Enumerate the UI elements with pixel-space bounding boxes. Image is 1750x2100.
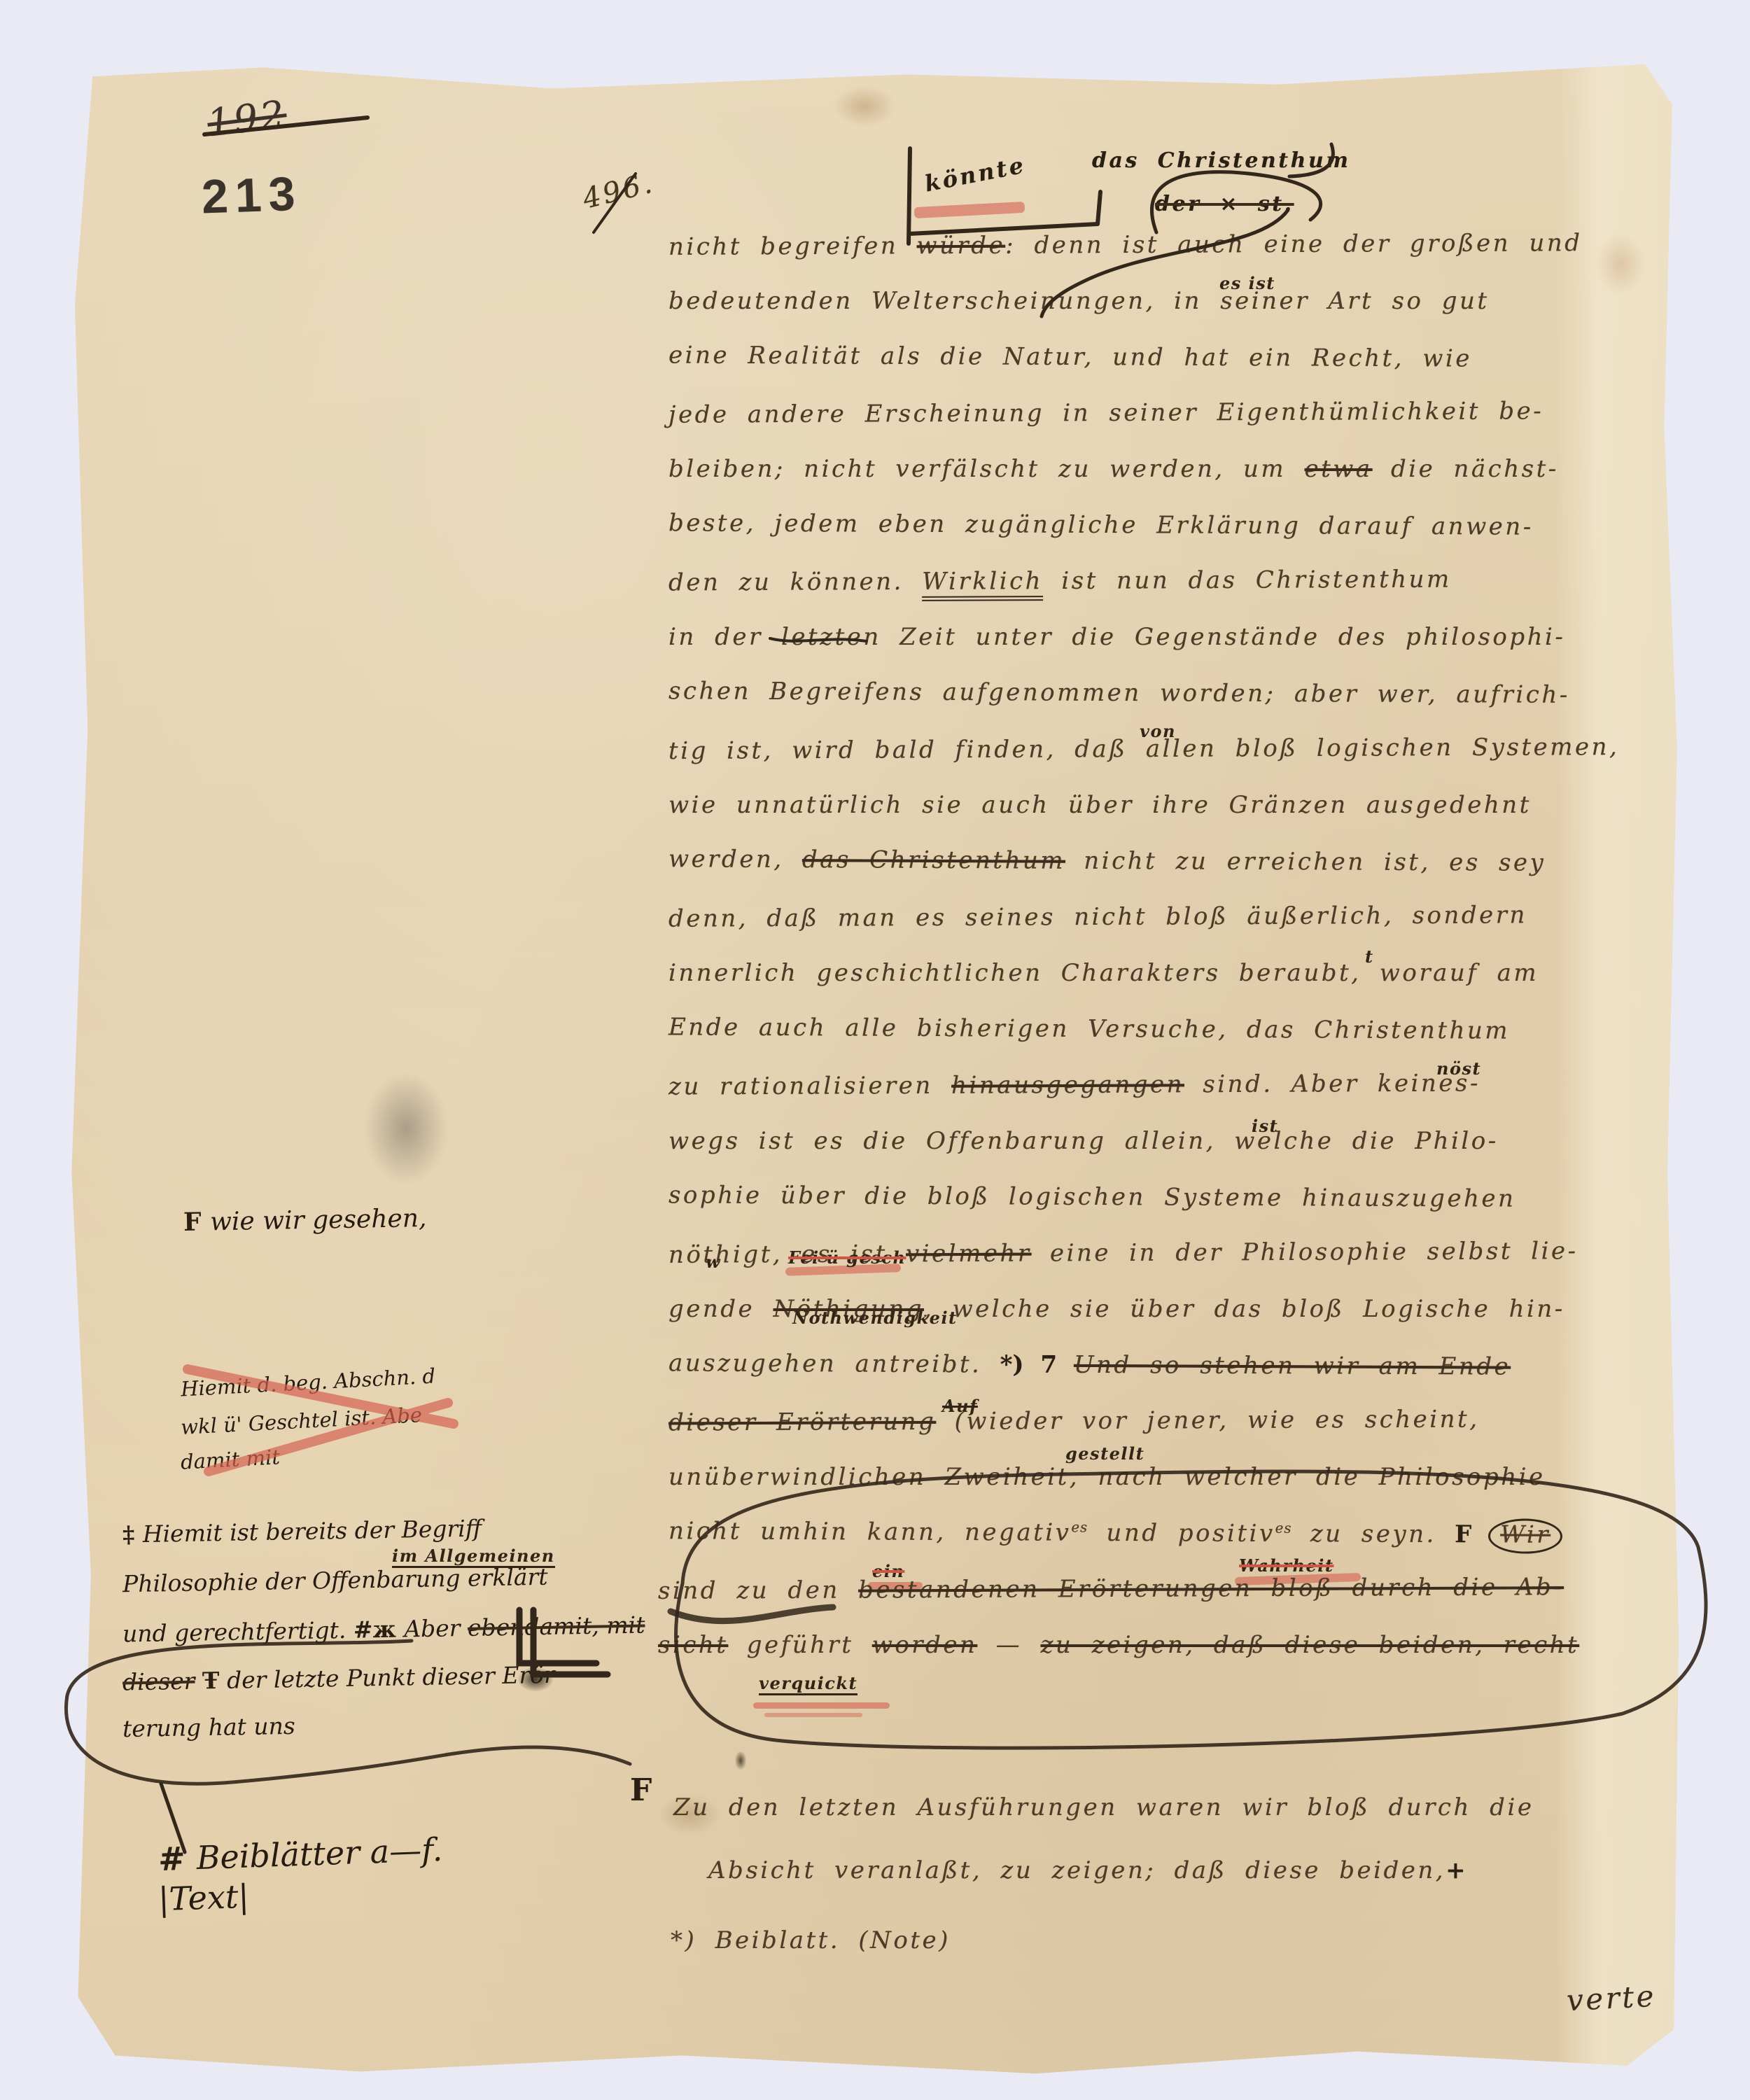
interlinear-insertion: gestellt [1065,1443,1144,1464]
interlinear-insertion: nöst [1436,1058,1481,1079]
interlinear-insertion: w [706,1252,721,1272]
manuscript-line: jede andere Erscheinung in seiner Eigent… [668,397,1543,428]
text-segment: Ŧ [202,1667,220,1694]
text-segment: die nächst- [1373,455,1559,483]
interlinear-insertion: ein [872,1561,904,1581]
manuscript-line: sicht geführt worden — zu zeigen, daß di… [658,1631,1579,1659]
text-segment: zu zeigen, daß diese beiden, recht [1040,1631,1579,1659]
interlinear-insertion: verquickt [759,1673,857,1695]
text-segment: ebendamit, mit [468,1611,645,1641]
folio-number: 213 [201,167,303,225]
text-segment: sicht [658,1631,728,1659]
text-segment: jede andere Erscheinung in seiner Eigent… [668,397,1543,428]
text-segment: 7 [1023,1351,1074,1379]
interlinear-insertion: von [1140,721,1176,741]
margin-note-hiemit: terung hat uns [122,1712,295,1742]
text-segment: sophie über die bloß logischen Systeme h… [668,1181,1516,1212]
text-segment: Wir [1488,1518,1562,1553]
manuscript-line: beste, jedem eben zugängliche Erklärung … [668,509,1534,540]
text-segment: Und so stehen wir am Ende [1074,1351,1511,1381]
text-segment: würde [916,232,1005,260]
text-segment: schen Begreifens aufgenommen worden; abe… [668,677,1570,709]
verte-turn-page-note: verte [1566,1979,1657,2018]
text-segment: werden, [668,845,802,874]
text-segment: Aber [404,1614,468,1643]
manuscript-line: dieser Erörterung (wieder vor jener, wie… [668,1405,1480,1436]
text-segment: nicht zu erreichen ist, es sey [1065,847,1546,877]
text-segment: F [183,1207,211,1237]
interlinear-insertion: es ist [1219,273,1275,293]
text-segment: eine Realität als die Natur, und hat ein… [668,341,1472,372]
margin-note-beiblaetter: |Text| [157,1877,250,1918]
manuscript-line: bleiben; nicht verfälscht zu werden, um … [668,455,1559,483]
text-segment: bedeutenden Welterscheinungen, in seiner… [668,287,1490,315]
text-segment: innerlich geschichtlichen Charakters ber… [668,959,1539,987]
text-segment: wie unnatürlich sie auch über ihre Gränz… [668,791,1532,819]
text-segment: terung hat uns [122,1712,295,1742]
text-segment [195,1667,202,1695]
text-segment: F [1455,1520,1488,1548]
text-segment: |Text| [157,1877,250,1918]
manuscript-line: unüberwindlichen Zweiheit, nach welcher … [668,1463,1546,1491]
text-segment: eine in der Philosophie selbst lie- [1032,1237,1578,1267]
margin-note-as-seen: F wie wir gesehen, [183,1203,427,1237]
text-segment: #ж [353,1615,404,1643]
text-segment: es [1071,1519,1088,1535]
paper-fold-edge [1556,64,1679,2078]
manuscript-line: schen Begreifens aufgenommen worden; abe… [668,677,1570,709]
text-segment: — [977,1631,1040,1659]
interlinear-insertion: Wahrheit [1239,1555,1333,1576]
interlinear-insertion: ist [1252,1116,1278,1136]
manuscript-line: eine Realität als die Natur, und hat ein… [668,341,1472,372]
manuscript-line: nicht begreifen würde: denn ist auch ein… [668,229,1583,261]
text-segment: und gerechtfertigt. [122,1616,353,1648]
footer-line: Zu den letzten Ausführungen waren wir bl… [673,1793,1534,1821]
ink-smudge [364,1072,448,1184]
text-segment: bleiben; nicht verfälscht zu werden, um [668,455,1304,483]
text-segment: geführt [728,1631,871,1659]
text-segment: Zu den letzten Ausführungen waren wir bl… [673,1793,1534,1821]
text-segment: *) Beiblatt. (Note) [671,1926,951,1954]
footer-insertion-mark: F [630,1772,654,1808]
text-segment: # [157,1839,197,1878]
text-segment: gende [668,1295,773,1323]
footer-line: *) Beiblatt. (Note) [671,1926,951,1954]
text-segment: das Christenthum [802,846,1065,875]
interlinear-insertion: t [1365,946,1374,967]
text-segment: + [1445,1856,1466,1884]
text-segment: denn, daß man es seines nicht bloß äußer… [668,901,1527,932]
header-insertion-struck-text: der × st. [1155,192,1294,216]
manuscript-line: bedeutenden Welterscheinungen, in seiner… [668,287,1490,315]
footer-line: Absicht veranlaßt, zu zeigen; daß diese … [708,1856,1466,1884]
manuscript-line: wie unnatürlich sie auch über ihre Gränz… [668,791,1532,819]
manuscript-line: zu rationalisieren hinausgegangen sind. … [668,1069,1480,1100]
text-segment: in der letzten Zeit unter die Gegenständ… [668,623,1565,651]
text-segment: wie wir gesehen, [210,1204,427,1236]
text-segment: sind zu den [658,1576,858,1605]
text-segment: auszugehen antreibt. [668,1349,1000,1378]
text-segment: ist nun das Christenthum [1043,566,1452,596]
manuscript-scan: 192 213 496. könnte das Christenthum der… [0,0,1750,2100]
text-segment: beste, jedem eben zugängliche Erklärung … [668,509,1534,540]
interlinear-insertion: Fei ü gesch [788,1247,906,1268]
manuscript-line: wegs ist es die Offenbarung allein, welc… [668,1127,1499,1155]
text-segment: unüberwindlichen Zweiheit, nach welcher … [668,1463,1546,1491]
text-segment: *) [1000,1350,1024,1378]
text-segment: zu seyn. [1291,1520,1455,1548]
text-segment: hinausgegangen [951,1070,1184,1099]
manuscript-line: auszugehen antreibt. *) 7 Und so stehen … [668,1349,1511,1380]
manuscript-line: werden, das Christenthum nicht zu erreic… [668,845,1546,876]
text-segment: wegs ist es die Offenbarung allein, welc… [668,1127,1499,1155]
interlinear-insertion: Nothwendigkeit [792,1308,958,1328]
text-segment: es [1275,1520,1292,1536]
paper-stain [833,85,896,127]
text-segment: , welche sie über das bloß Logische hin- [924,1295,1565,1323]
text-segment: den zu können. [668,568,922,597]
text-segment: Absicht veranlaßt, zu zeigen; daß diese … [708,1856,1445,1884]
text-segment: (wieder vor jener, wie es scheint, [936,1405,1479,1435]
interlinear-insertion: Auf [942,1396,978,1416]
text-segment: nicht umhin kann, negativ [668,1517,1072,1547]
text-segment: ‡ [122,1520,143,1548]
text-segment: zu rationalisieren [668,1072,951,1101]
text-segment: worden [872,1631,978,1659]
manuscript-line: nicht umhin kann, negatives und positive… [668,1517,1562,1549]
text-segment: dieser Erörterung [668,1408,936,1437]
text-segment: dieser [122,1667,195,1696]
manuscript-line: denn, daß man es seines nicht bloß äußer… [668,901,1527,932]
text-segment: ist auch eine der großen und [1122,229,1582,259]
text-segment: : denn [1005,231,1122,260]
text-segment: bestandenen Erörterungen bloß durch die … [858,1573,1564,1604]
text-segment: Wirklich [922,567,1043,601]
ink-dot [735,1751,746,1770]
manuscript-line: sophie über die bloß logischen Systeme h… [668,1181,1516,1212]
text-segment: etwa [1304,455,1372,483]
text-segment: vielmehr [906,1240,1032,1268]
text-segment: und positiv [1088,1519,1275,1548]
manuscript-line: sind zu den bestandenen Erörterungen blo… [658,1573,1564,1605]
manuscript-line: in der letzten Zeit unter die Gegenständ… [668,623,1565,651]
manuscript-line: den zu können. Wirklich ist nun das Chri… [668,566,1452,597]
manuscript-line: Ende auch alle bisherigen Versuche, das … [668,1013,1510,1044]
text-segment: Ende auch alle bisherigen Versuche, das … [668,1013,1510,1044]
header-insertion-das-christenthum: das Christenthum [1092,148,1351,173]
text-segment: nicht begreifen [668,232,917,261]
manuscript-line: innerlich geschichtlichen Charakters ber… [668,959,1539,987]
